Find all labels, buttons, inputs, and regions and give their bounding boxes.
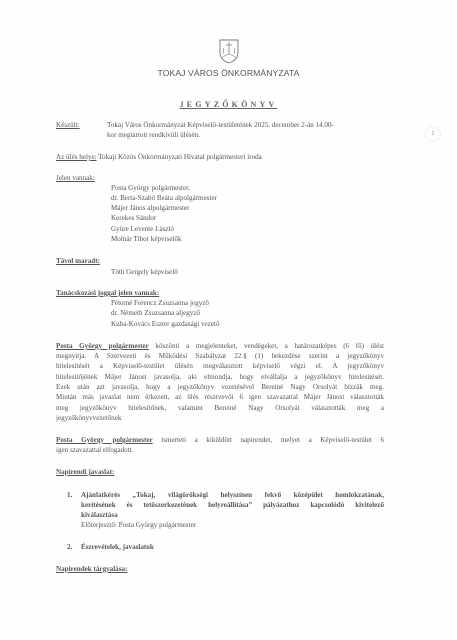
absent-item: Tóth Gergely képviselő [111,267,178,277]
paragraph-1-line: hitelesítését a Képviselő-testület ülésé… [56,361,384,371]
present-item: Posta György polgármester, [111,183,190,193]
present-item: Gyüre Levente László [111,224,174,234]
agenda-label: Napirendi javaslat: [56,467,114,477]
absent-label: Távol maradt: [56,256,100,266]
agenda-item-line: kerítésének és tetőszerkezetének helyreá… [81,500,384,510]
agenda-item-line: kiválasztása [81,510,118,520]
venue-label: Az ülés helye: [56,153,97,161]
page-number-mark: 2 [425,126,441,142]
agenda-item-line: Észrevételek, javaslatok [81,542,154,552]
made-line-2: kor megtartott rendkívüli ülésén. [107,130,200,140]
venue-line: Az ülés helye: Tokaji Közös Önkormányzat… [56,152,262,162]
advisory-item: Kuba-Kovács Eszter gazdasági vezető [111,319,220,329]
paragraph-1-line: megnyitja. A Szervezeti és Működési Szab… [56,351,384,361]
made-line-1: Tokaj Város Önkormányzat Képviselő-testü… [107,120,334,130]
paragraph-1-line: hitelesítőjének Májer Jánost javasolja, … [56,372,384,382]
paragraph-1-line: Posta György polgármester köszönti a meg… [56,341,384,351]
advisory-item: dr. Németh Zsuzsanna aljegyző [111,308,200,318]
agenda-item-line: Ajánlatkérés „Tokaj, világörökségi helys… [81,490,384,500]
present-label: Jelen vannak: [56,173,95,183]
speaker-name: Posta György polgármester [56,342,149,350]
speaker-name: Posta György polgármester [56,436,153,444]
advisory-label: Tanácskozási joggal jelen vannak: [56,288,159,298]
discussion-label: Napirendek tárgyalása: [56,564,127,574]
venue-value: Tokaji Közös Önkormányzati Hivatal polgá… [97,153,262,161]
agenda-item-presenter: Előterjesztő: Posta György polgármester [81,520,196,530]
agenda-item-number: 2. [67,542,72,552]
present-item: Molnár Tibor képviselők [111,234,182,244]
paragraph-2-line: igen szavazattal elfogadott. [56,445,133,455]
paragraph-1-line: Ezek után azt javasolja, hogy a jegyzőkö… [56,382,384,392]
coat-of-arms-icon [218,38,240,64]
paragraph-1-line: meg jegyzőkönyv hitelesítőnek, valamint … [56,403,384,413]
made-label: Készült: [56,120,80,130]
organization-name: TOKAJ VÁROS ÖNKORMÁNYZATA [0,68,457,78]
paragraph-1-line: Miután más javaslat nem érkezett, az ülé… [56,392,384,402]
paragraph-1-line: jegyzőkönyvvezetőnek [56,413,121,423]
paragraph-2-line: Posta György polgármester ismerteti a ki… [56,435,384,445]
present-item: Májer János alpolgármester [111,203,189,213]
present-item: dr. Berta-Szabó Beáta alpolgármester [111,193,217,203]
document-page: TOKAJ VÁROS ÖNKORMÁNYZATA JEGYZŐKÖNYV 2 … [0,0,457,640]
document-title: JEGYZŐKÖNYV [0,100,457,109]
agenda-item-number: 1. [67,490,72,500]
present-item: Kerekes Sándor [111,213,156,223]
advisory-item: Péterné Ferencz Zsuzsanna jegyző [111,298,209,308]
